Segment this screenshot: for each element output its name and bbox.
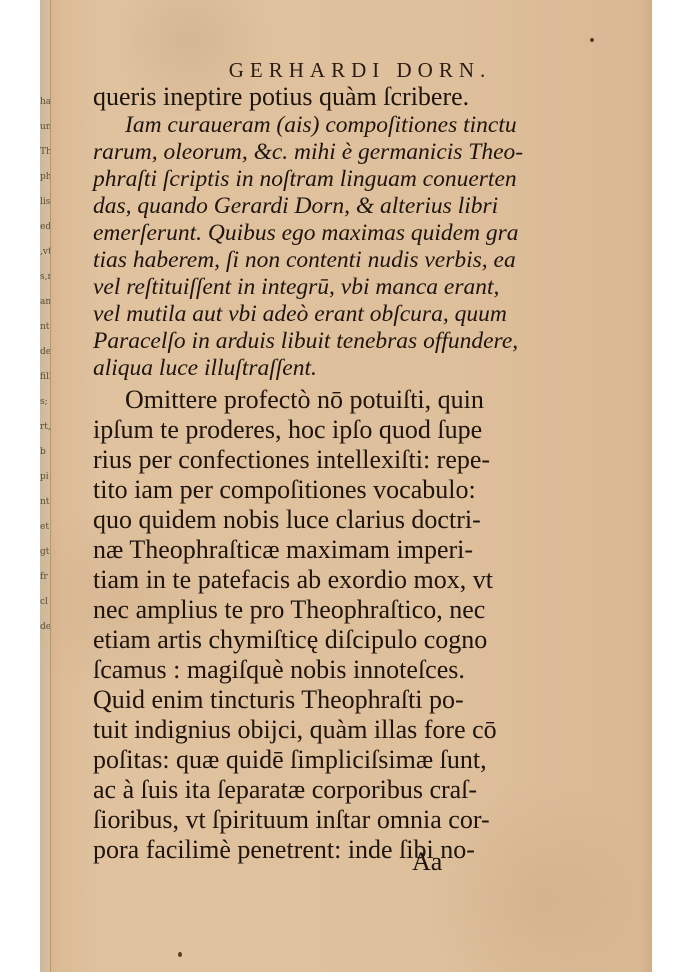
bleed-fragment: The [40, 140, 50, 165]
text-line: nec amplius te pro Theophraſtico, nec [93, 595, 543, 625]
text-line: pora facilimè penetrent: inde ſibi no- [93, 835, 543, 865]
bleed-fragment: nt [40, 490, 50, 515]
text-line: emerſerunt. Quibus ego maximas quidem gr… [93, 220, 543, 247]
text-line: vel reſtituiſſent in integrū, vbi manca … [93, 274, 543, 301]
text-line: das, quando Gerardi Dorn, & alterius lib… [93, 193, 543, 220]
text-line: næ Theophraſticæ maximam imperi- [93, 535, 543, 565]
text-line: ſioribus, vt ſpirituum inſtar omnia cor- [93, 805, 543, 835]
text-line: ac à ſuis ita ſeparatæ corporibus craſ- [93, 775, 543, 805]
bleed-fragment: an [40, 290, 50, 315]
text-line: vel mutila aut vbi adeò erant obſcura, q… [93, 301, 543, 328]
text-line: phraſti ſcriptis in noſtram linguam conu… [93, 166, 543, 193]
text-line: rarum, oleorum, &c. mihi è germanicis Th… [93, 139, 543, 166]
bleed-fragment: ha [40, 90, 50, 115]
opening-paragraph: queris ineptire potius quàm ſcribere. [93, 82, 543, 112]
text-line: Iam curaueram (ais) compoſitiones tinctu [93, 112, 543, 139]
text-line: ſcamus : magiſquè nobis innoteſces. [93, 655, 543, 685]
bleed-fragment: s; [40, 390, 50, 415]
text-line: queris ineptire potius quàm ſcribere. [93, 82, 543, 112]
bleed-fragment: cl [40, 590, 50, 615]
bleed-through-text: ha un The ph lis ed ,vt s,m an nt. de fi… [40, 90, 50, 640]
bleed-fragment: pi [40, 465, 50, 490]
bleed-fragment: s,m [40, 265, 50, 290]
text-line: etiam artis chymiſticę diſcipulo cogno [93, 625, 543, 655]
text-line: tiam in te patefacis ab exordio mox, vt [93, 565, 543, 595]
running-head: GERHARDI DORN. [160, 58, 560, 83]
text-line: quo quidem nobis luce clarius doctri- [93, 505, 543, 535]
bleed-fragment: ed [40, 215, 50, 240]
text-line: rius per confectiones intellexiſti: repe… [93, 445, 543, 475]
bleed-fragment: de [40, 615, 50, 640]
adjacent-page-edge: ha un The ph lis ed ,vt s,m an nt. de fi… [40, 0, 51, 972]
text-line: tuit indignius obijci, quàm illas fore c… [93, 715, 543, 745]
bleed-fragment: b [40, 440, 50, 465]
text-line: tito iam per compoſitiones vocabulo: [93, 475, 543, 505]
bleed-fragment: lis [40, 190, 50, 215]
bleed-fragment: rt, [40, 415, 50, 440]
bleed-fragment: fr [40, 565, 50, 590]
bleed-fragment: fill [40, 365, 50, 390]
bleed-fragment: et [40, 515, 50, 540]
bleed-fragment: gt [40, 540, 50, 565]
text-line: Quid enim tincturis Theophraſti po- [93, 685, 543, 715]
text-line: Paracelſo in arduis libuit tenebras offu… [93, 328, 543, 355]
signature-mark: Aa [412, 847, 442, 877]
text-line: Omittere profectò nō potuiſti, quin [93, 385, 543, 415]
bleed-fragment: nt. [40, 315, 50, 340]
bleed-fragment: de [40, 340, 50, 365]
bleed-fragment: ,vt [40, 240, 50, 265]
ink-spot [590, 38, 594, 42]
text-line: poſitas: quæ quidē ſimpliciſsimæ ſunt, [93, 745, 543, 775]
ink-spot [178, 952, 182, 957]
text-line: tias haberem, ſi non contenti nudis verb… [93, 247, 543, 274]
quoted-passage: Iam curaueram (ais) compoſitiones tinctu… [93, 112, 543, 382]
bleed-fragment: un [40, 115, 50, 140]
bleed-fragment: ph [40, 165, 50, 190]
main-text: queris ineptire potius quàm ſcribere. Ia… [93, 82, 543, 865]
text-line: ipſum te proderes, hoc ipſo quod ſupe [93, 415, 543, 445]
response-paragraph: Omittere profectò nō potuiſti, quin ipſu… [93, 385, 543, 865]
text-line: aliqua luce illuſtraſſent. [93, 355, 543, 382]
